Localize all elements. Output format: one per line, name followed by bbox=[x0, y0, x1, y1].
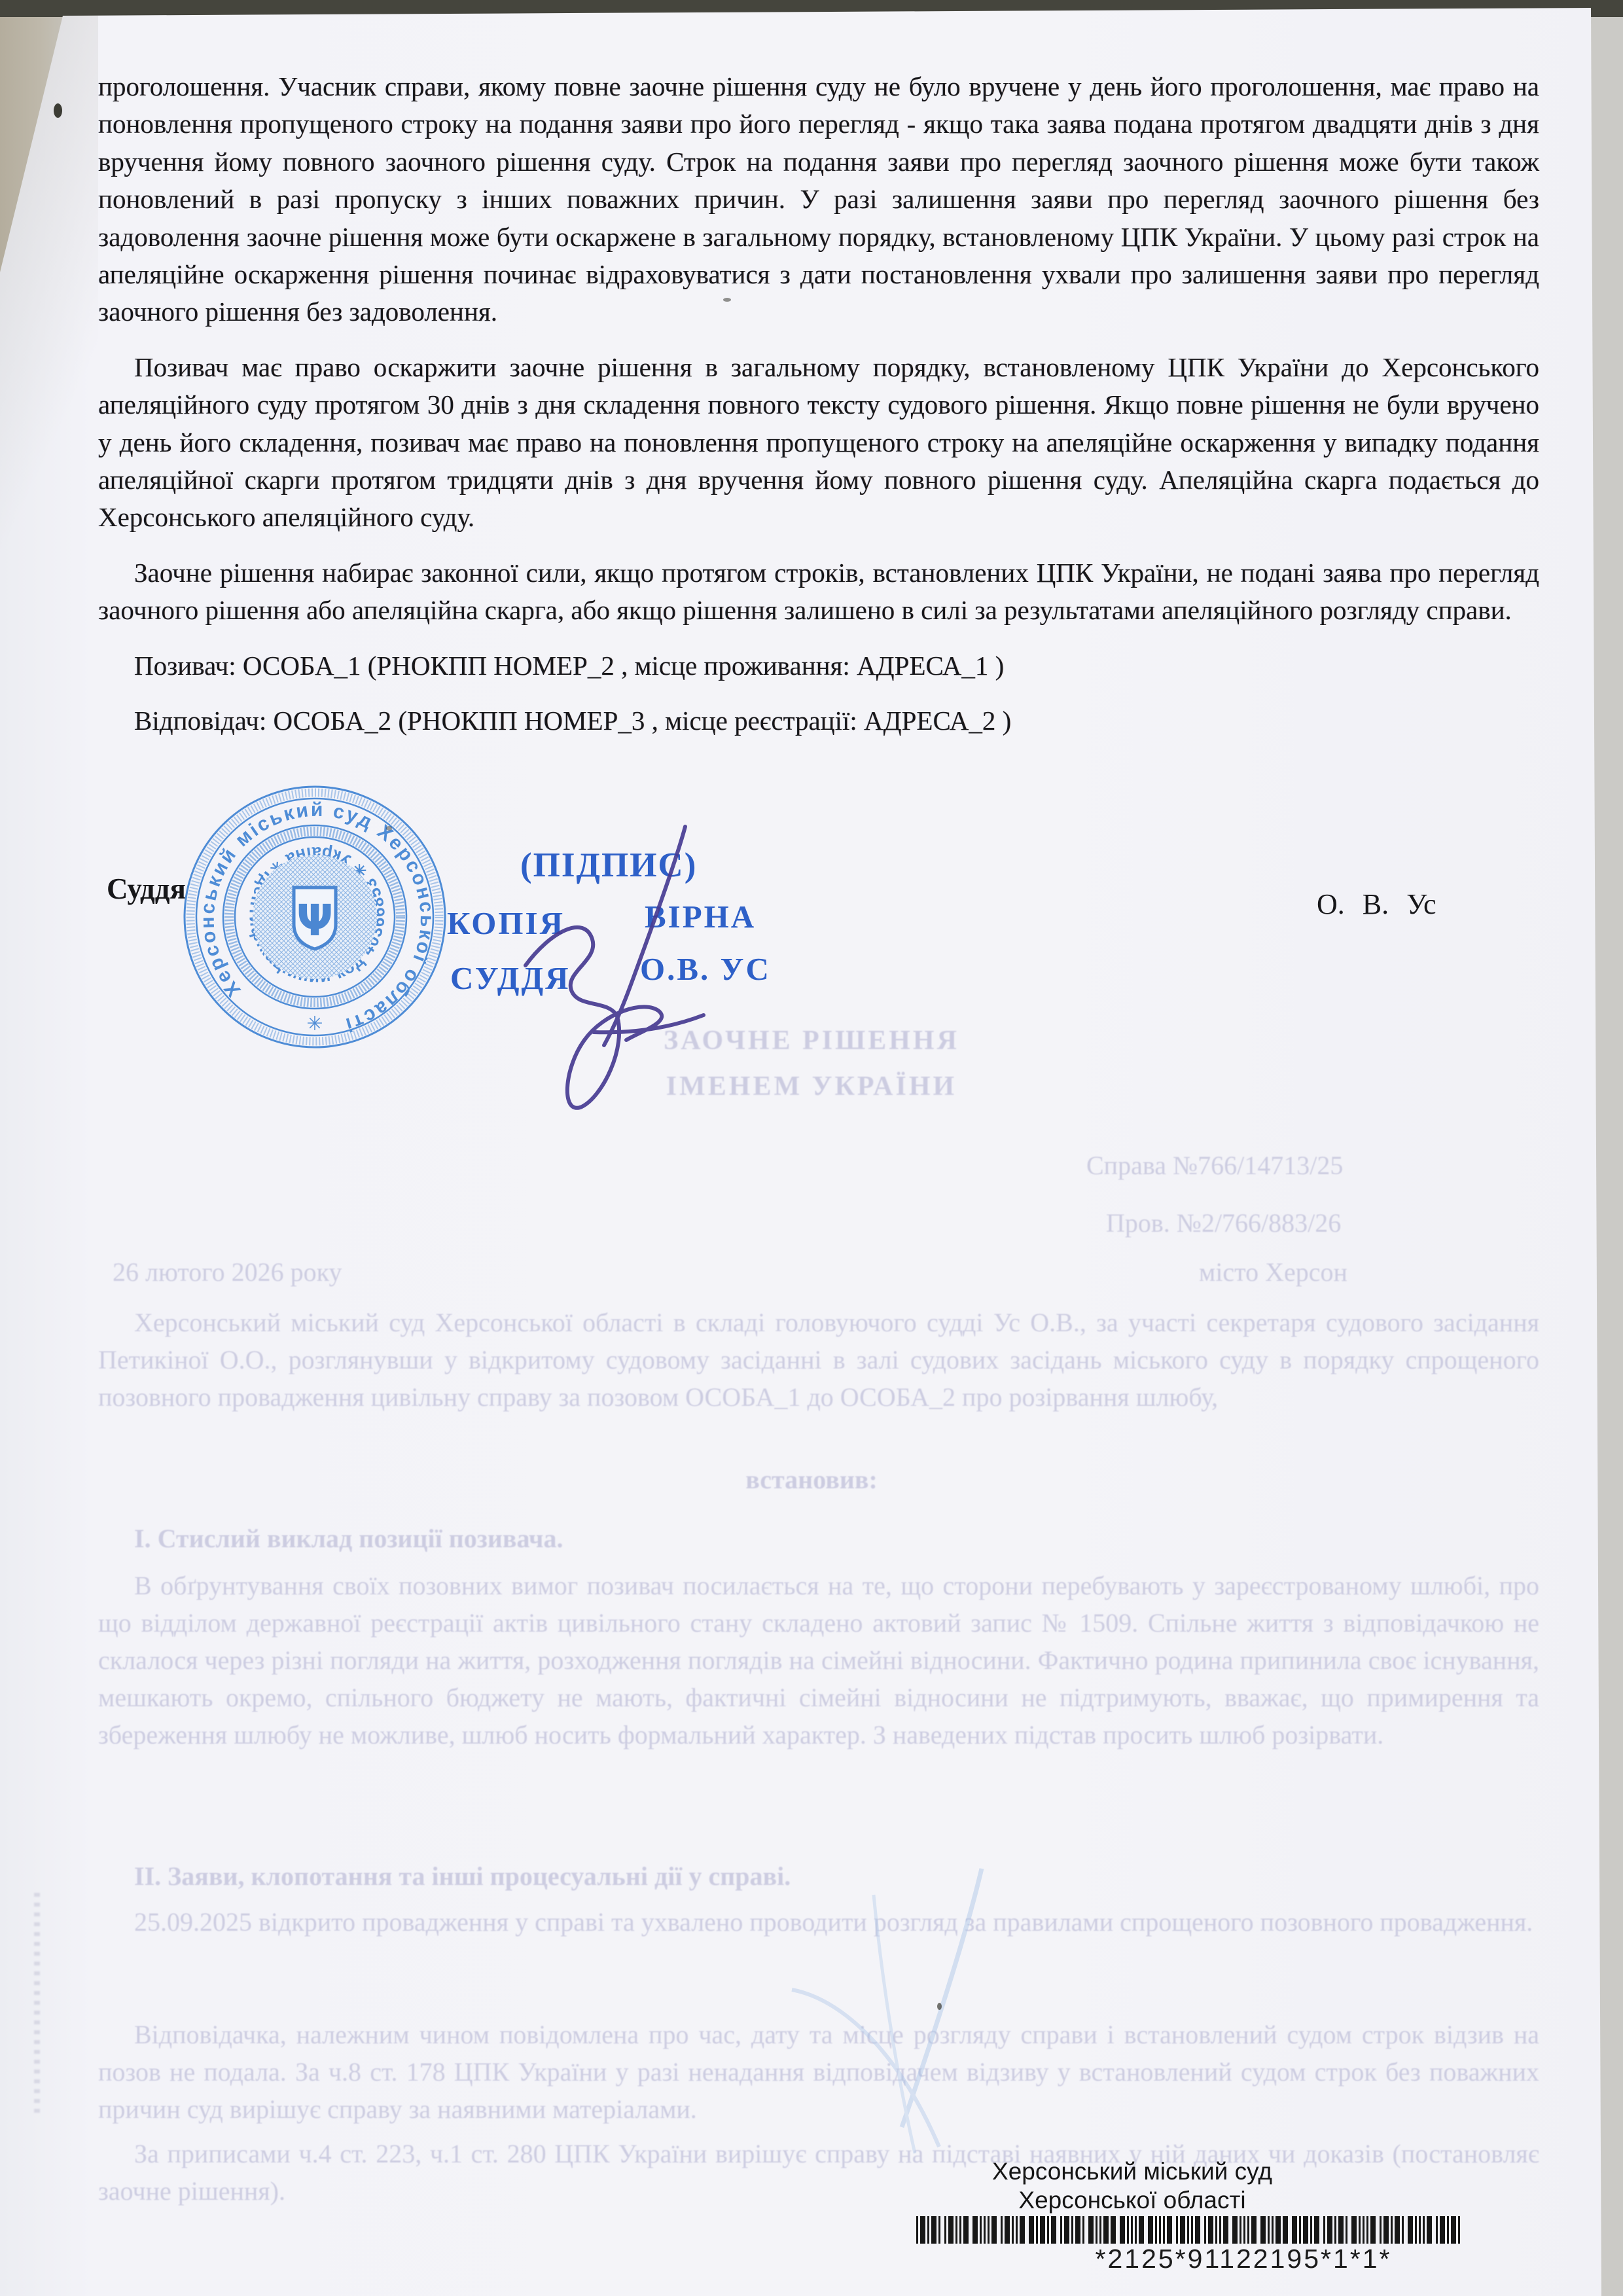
plaintiff-line: Позивач: ОСОБА_1 (РНОКПП НОМЕР_2 , місце… bbox=[98, 647, 1539, 685]
bleed-date: 26 лютого 2026 року bbox=[113, 1253, 571, 1291]
defendant-line: Відповідач: ОСОБА_2 (РНОКПП НОМЕР_3 , мі… bbox=[98, 702, 1539, 740]
bleed-section1-heading: І. Стислий виклад позиції позивача. bbox=[134, 1520, 1181, 1557]
document-body: проголошення. Учасник справи, якому повн… bbox=[98, 68, 1539, 740]
barcode-bars bbox=[916, 2216, 1513, 2244]
court-stamp: Херсонський міський суд Херсонської обла… bbox=[181, 783, 449, 1051]
barcode-number: *2125*91122195*1*1* bbox=[962, 2244, 1525, 2274]
dust-speck bbox=[937, 2003, 942, 2010]
stamp-bottom-separator: ✳ bbox=[306, 1013, 323, 1035]
paragraph-legal-force: Заочне рішення набирає законної сили, як… bbox=[98, 554, 1539, 630]
barcode-court-line2: Херсонської області bbox=[910, 2186, 1355, 2214]
scanned-court-document: { "document": { "paragraphs": [ "проголо… bbox=[0, 0, 1623, 2296]
dust-speck bbox=[54, 103, 62, 118]
judge-label: Суддя bbox=[107, 872, 186, 906]
bleed-resolved-word: встановив: bbox=[419, 1461, 1204, 1498]
bleed-ink-strokes bbox=[740, 1859, 1021, 2173]
judge-name: О. В. Ус bbox=[1317, 888, 1436, 921]
dust-speck bbox=[386, 826, 392, 831]
handwritten-signature bbox=[488, 815, 710, 1122]
paper-sheet: ЗАОЧНЕ РІШЕННЯ ІМЕНЕМ УКРАЇНИ Справа №76… bbox=[0, 0, 1623, 2296]
barcode-court-line1: Херсонський міський суд bbox=[910, 2157, 1355, 2185]
bleed-section2-heading: ІІ. Заяви, клопотання та інші процесуаль… bbox=[134, 1857, 1312, 1895]
coat-of-arms-shield: Ψ bbox=[294, 888, 336, 949]
dust-speck bbox=[723, 298, 731, 302]
paragraph-review-terms: проголошення. Учасник справи, якому повн… bbox=[98, 68, 1539, 331]
bleed-city: місто Херсон bbox=[1199, 1253, 1526, 1291]
bleed-proceeding-number: Пров. №2/766/883/26 bbox=[1106, 1204, 1564, 1242]
paragraph-appeal-terms: Позивач має право оскаржити заочне рішен… bbox=[98, 349, 1539, 537]
bleed-vertical-marks bbox=[34, 1893, 40, 2115]
bleed-intro-paragraph: Херсонський міський суд Херсонської обла… bbox=[98, 1304, 1539, 1416]
bleed-case-number: Справа №766/14713/25 bbox=[1086, 1147, 1544, 1184]
bleed-section1-text: В обґрунтування своїх позовних вимог поз… bbox=[98, 1567, 1539, 1753]
trident-icon: Ψ bbox=[296, 895, 333, 946]
